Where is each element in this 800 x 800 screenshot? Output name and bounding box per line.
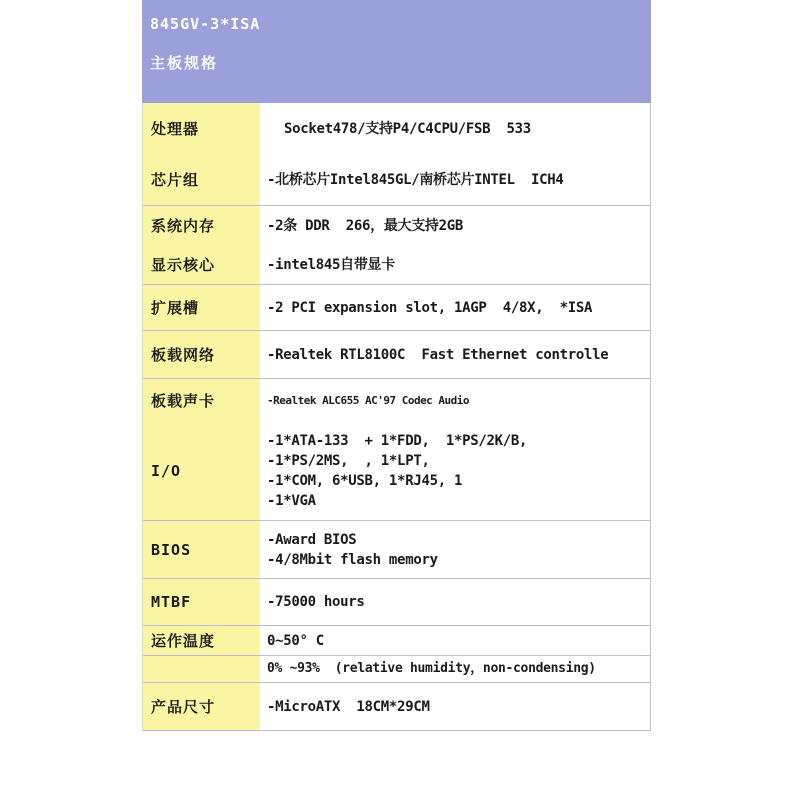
spec-value-temperature-text: 0~50° C [267,631,650,651]
spec-value-io-line4: -1*VGA [267,491,650,511]
spec-label-temperature: 运作温度 [143,626,260,655]
spec-row-mtbf: MTBF -75000 hours [143,578,650,625]
spec-row-bios: BIOS -Award BIOS -4/8Mbit flash memory [143,520,650,578]
spec-table: 处理器 Socket478/支持P4/C4CPU/FSB 533 芯片组 -北桥… [142,103,651,731]
spec-value-mtbf-text: -75000 hours [267,592,650,612]
spec-row-io: I/O -1*ATA-133 + 1*FDD, 1*PS/2K/B, -1*PS… [143,422,650,520]
spec-value-mtbf: -75000 hours [260,579,650,625]
spec-value-bios-line2: -4/8Mbit flash memory [267,550,650,570]
spec-value-expansion-text: -2 PCI expansion slot, 1AGP 4/8X, *ISA [267,298,650,318]
header-banner: 845GV-3*ISA 主板规格 [142,0,651,103]
spec-label-dimensions: 产品尺寸 [143,683,260,730]
spec-value-dimensions: -MicroATX 18CM*29CM [260,683,650,730]
spec-value-io-line2: -1*PS/2MS, , 1*LPT, [267,451,650,471]
spec-label-io: I/O [143,422,260,520]
spec-value-memory-text: -2条 DDR 266，最大支持2GB [267,216,650,236]
spec-row-memory: 系统内存 -2条 DDR 266，最大支持2GB [143,205,650,245]
spec-value-graphics: -intel845自带显卡 [260,245,650,284]
spec-label-mtbf: MTBF [143,579,260,625]
board-spec-subtitle: 主板规格 [150,52,651,73]
spec-label-memory: 系统内存 [143,206,260,245]
spec-row-expansion: 扩展槽 -2 PCI expansion slot, 1AGP 4/8X, *I… [143,284,650,330]
spec-value-io-line1: -1*ATA-133 + 1*FDD, 1*PS/2K/B, [267,431,650,451]
spec-sheet-panel: 845GV-3*ISA 主板规格 处理器 Socket478/支持P4/C4CP… [142,0,651,730]
spec-value-dimensions-text: -MicroATX 18CM*29CM [267,697,650,717]
spec-value-humidity-text: 0% ~93% (relative humidity，non-condensin… [267,659,650,679]
spec-value-audio-text: -Realtek ALC655 AC'97 Codec Audio [267,391,650,411]
spec-row-cpu: 处理器 Socket478/支持P4/C4CPU/FSB 533 [143,103,650,154]
spec-row-chipset: 芯片组 -北桥芯片Intel845GL/南桥芯片INTEL ICH4 [143,154,650,205]
spec-value-humidity: 0% ~93% (relative humidity，non-condensin… [260,656,650,682]
spec-value-lan: -Realtek RTL8100C Fast Ethernet controll… [260,331,650,378]
spec-value-lan-text: -Realtek RTL8100C Fast Ethernet controll… [267,345,650,365]
spec-value-io: -1*ATA-133 + 1*FDD, 1*PS/2K/B, -1*PS/2MS… [260,422,650,520]
spec-value-chipset: -北桥芯片Intel845GL/南桥芯片INTEL ICH4 [260,154,650,205]
spec-label-lan: 板载网络 [143,331,260,378]
spec-value-cpu-text: Socket478/支持P4/C4CPU/FSB 533 [284,119,650,139]
spec-row-lan: 板载网络 -Realtek RTL8100C Fast Ethernet con… [143,330,650,378]
spec-value-io-line3: -1*COM, 6*USB, 1*RJ45, 1 [267,471,650,491]
spec-label-chipset: 芯片组 [143,154,260,205]
spec-row-humidity: 0% ~93% (relative humidity，non-condensin… [143,655,650,682]
spec-label-humidity [143,656,260,682]
spec-value-temperature: 0~50° C [260,626,650,655]
spec-label-expansion: 扩展槽 [143,285,260,330]
spec-value-bios: -Award BIOS -4/8Mbit flash memory [260,521,650,578]
spec-label-cpu: 处理器 [143,103,260,154]
spec-label-audio: 板载声卡 [143,379,260,422]
model-title: 845GV-3*ISA [150,15,651,33]
spec-value-memory: -2条 DDR 266，最大支持2GB [260,206,650,245]
spec-value-expansion: -2 PCI expansion slot, 1AGP 4/8X, *ISA [260,285,650,330]
spec-value-bios-line1: -Award BIOS [267,530,650,550]
spec-value-audio: -Realtek ALC655 AC'97 Codec Audio [260,379,650,422]
spec-label-graphics: 显示核心 [143,245,260,284]
spec-value-graphics-text: -intel845自带显卡 [267,255,650,275]
spec-label-bios: BIOS [143,521,260,578]
spec-row-dimensions: 产品尺寸 -MicroATX 18CM*29CM [143,682,650,730]
spec-value-cpu: Socket478/支持P4/C4CPU/FSB 533 [260,103,650,154]
spec-row-graphics: 显示核心 -intel845自带显卡 [143,245,650,284]
spec-value-chipset-text: -北桥芯片Intel845GL/南桥芯片INTEL ICH4 [267,170,650,190]
spec-row-audio: 板载声卡 -Realtek ALC655 AC'97 Codec Audio [143,378,650,422]
spec-row-temperature: 运作温度 0~50° C [143,625,650,655]
